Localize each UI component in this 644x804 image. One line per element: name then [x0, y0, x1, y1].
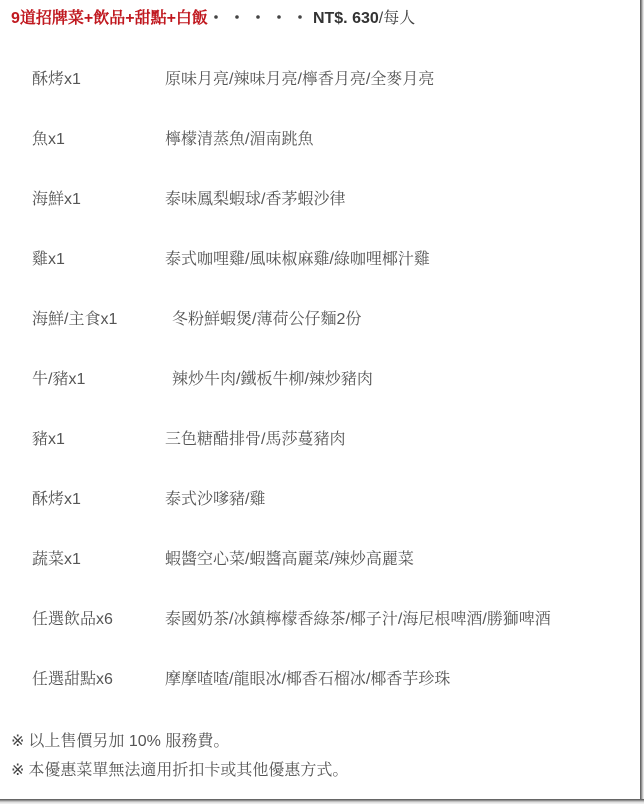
course-description: 9道招牌菜+飲品+甜點+白飯: [11, 10, 208, 27]
menu-category: 海鮮x1: [32, 189, 81, 211]
menu-category: 任選飲品x6: [32, 609, 113, 631]
discount-exclusion-note: ※本優惠菜單無法適用折扣卡或其他優惠方式。: [11, 760, 348, 782]
menu-options: 泰國奶茶/冰鎮檸檬香綠茶/椰子汁/海尼根啤酒/勝獅啤酒: [165, 609, 551, 631]
menu-category: 酥烤x1: [32, 69, 81, 91]
per-person-label: /每人: [379, 10, 415, 27]
menu-category: 豬x1: [32, 429, 65, 451]
menu-options: 檸檬清蒸魚/湄南跳魚: [165, 129, 313, 151]
menu-options: 辣炒牛肉/鐵板牛柳/辣炒豬肉: [172, 369, 373, 391]
menu-options: 泰味鳳梨蝦球/香茅蝦沙律: [165, 189, 345, 211]
frame-shadow-right: [640, 0, 644, 804]
menu-options: 冬粉鮮蝦煲/薄荷公仔麵2份: [172, 309, 361, 331]
menu-options: 三色糖醋排骨/馬莎蔓豬肉: [165, 429, 345, 451]
menu-category: 酥烤x1: [32, 489, 81, 511]
menu-options: 原味月亮/辣味月亮/檸香月亮/全麥月亮: [165, 69, 434, 91]
menu-card: 9道招牌菜+飲品+甜點+白飯・・・・・NT$. 630/每人 酥烤x1 原味月亮…: [0, 0, 640, 799]
menu-category: 任選甜點x6: [32, 669, 113, 691]
frame-shadow-bottom: [0, 799, 644, 804]
price: NT$. 630: [313, 10, 379, 27]
reference-mark-icon: ※: [11, 762, 24, 779]
note-text: 本優惠菜單無法適用折扣卡或其他優惠方式。: [28, 762, 348, 779]
reference-mark-icon: ※: [11, 733, 24, 750]
menu-options: 泰式咖哩雞/風味椒麻雞/綠咖哩椰汁雞: [165, 249, 430, 271]
note-text: 以上售價另加 10% 服務費。: [28, 733, 229, 750]
service-charge-note: ※以上售價另加 10% 服務費。: [11, 731, 229, 753]
menu-options: 泰式沙嗲豬/雞: [165, 489, 265, 511]
menu-options: 蝦醬空心菜/蝦醬高麗菜/辣炒高麗菜: [165, 549, 414, 571]
menu-category: 魚x1: [32, 129, 65, 151]
menu-category: 蔬菜x1: [32, 549, 81, 571]
menu-category: 牛/豬x1: [32, 369, 85, 391]
leader-dots: ・・・・・: [208, 10, 313, 27]
menu-category: 海鮮/主食x1: [32, 309, 117, 331]
menu-options: 摩摩喳喳/龍眼冰/椰香石榴冰/椰香芋珍珠: [165, 669, 450, 691]
set-menu-title: 9道招牌菜+飲品+甜點+白飯・・・・・NT$. 630/每人: [11, 9, 415, 29]
menu-category: 雞x1: [32, 249, 65, 271]
